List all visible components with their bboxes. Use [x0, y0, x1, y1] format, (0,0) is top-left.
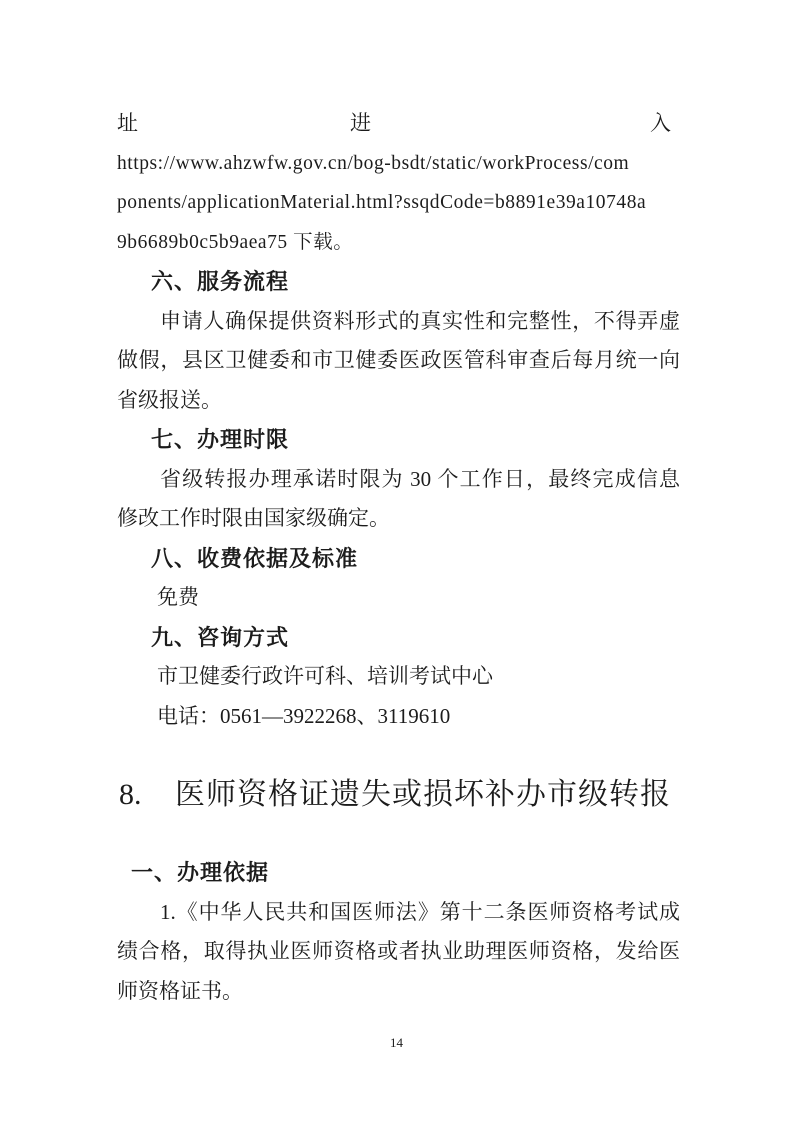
- justified-char-middle: 进: [350, 104, 371, 144]
- handling-basis-line-2: 绩合格，取得执业医师资格或者执业助理医师资格，发给医: [117, 932, 680, 972]
- heading-consultation: 九、咨询方式: [117, 618, 680, 658]
- page-number: 14: [0, 1034, 793, 1052]
- chapter-title-text: 医师资格证遗失或损坏补办市级转报: [175, 778, 671, 811]
- service-process-line-1: 申请人确保提供资料形式的真实性和完整性，不得弄虚: [117, 302, 680, 342]
- service-process-line-2: 做假，县区卫健委和市卫健委医政医管科审查后每月统一向: [117, 341, 680, 381]
- fee-basis-line-1: 免费: [117, 578, 680, 618]
- document-page: 址 进 入 https://www.ahzwfw.gov.cn/bog-bsdt…: [0, 0, 793, 1122]
- heading-processing-time: 七、办理时限: [117, 420, 680, 460]
- handling-basis-line-3: 师资格证书。: [117, 972, 680, 1012]
- handling-basis-line-1: 1.《中华人民共和国医师法》第十二条医师资格考试成: [117, 893, 680, 933]
- chapter-title: 8.医师资格证遗失或损坏补办市级转报: [117, 767, 680, 823]
- processing-time-line-2: 修改工作时限由国家级确定。: [117, 499, 680, 539]
- document-body: 址 进 入 https://www.ahzwfw.gov.cn/bog-bsdt…: [117, 104, 680, 1011]
- url-line-1: https://www.ahzwfw.gov.cn/bog-bsdt/stati…: [117, 144, 680, 184]
- url-line-3: 9b6689b0c5b9aea75 下载。: [117, 223, 680, 263]
- consultation-phone-line: 电话：0561—3922268、3119610: [117, 697, 680, 737]
- chapter-number: 8.: [119, 767, 175, 823]
- service-process-line-3: 省级报送。: [117, 381, 680, 421]
- heading-fee-basis: 八、收费依据及标准: [117, 539, 680, 579]
- url-line-2: ponents/applicationMaterial.html?ssqdCod…: [117, 183, 680, 223]
- consultation-line-1: 市卫健委行政许可科、培训考试中心: [117, 657, 680, 697]
- heading-service-process: 六、服务流程: [117, 262, 680, 302]
- processing-time-line-1: 省级转报办理承诺时限为 30 个工作日，最终完成信息: [117, 460, 680, 500]
- justified-address-line: 址 进 入: [117, 104, 680, 144]
- heading-handling-basis: 一、办理依据: [117, 853, 680, 893]
- justified-char-right: 入: [650, 104, 671, 144]
- justified-char-left: 址: [117, 111, 138, 135]
